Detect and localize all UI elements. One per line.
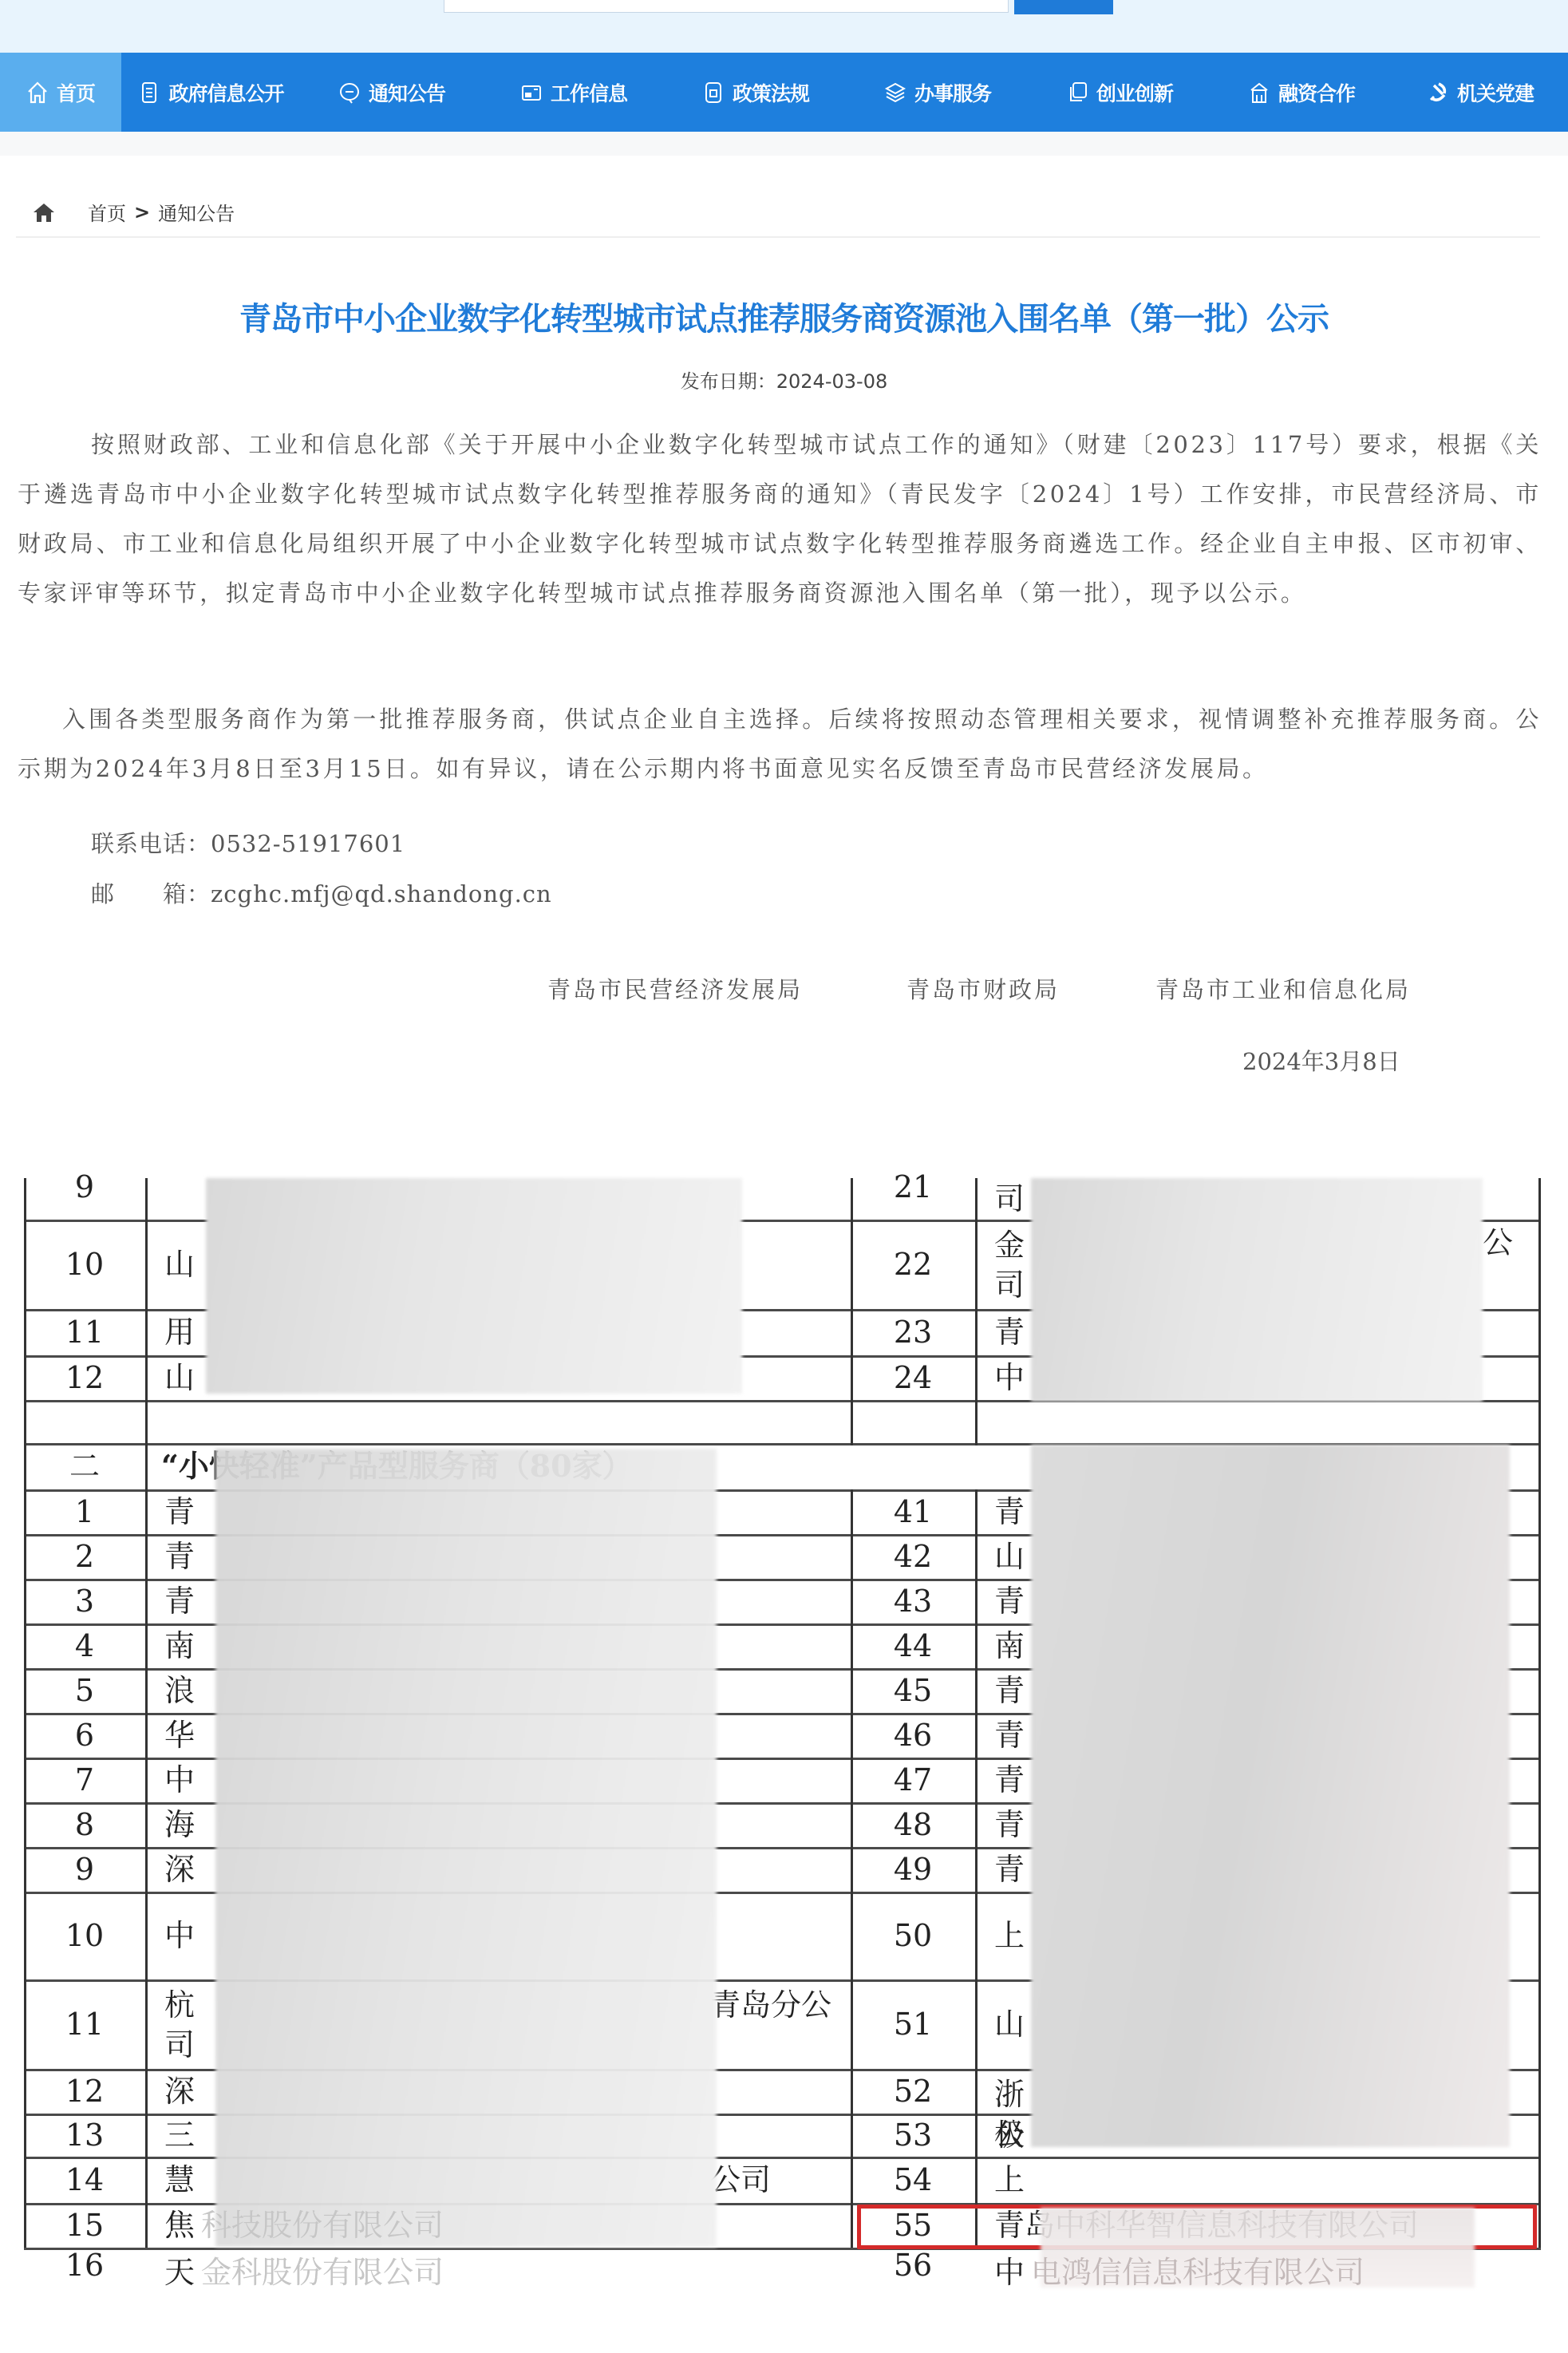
row-number: 9 [24,1154,145,1220]
chat-bubble-icon [338,80,361,105]
row-number: 14 [24,2157,145,2203]
copy-icon [1066,80,1088,105]
row-number: 5 [24,1668,145,1713]
section-number: 二 [24,1443,145,1489]
search-button[interactable] [1014,0,1113,14]
row-number: 42 [851,1534,975,1579]
redaction-blur [1031,1445,1510,2147]
company-name: 深 [164,2069,212,2114]
sign-date: 2024年3月8日 [1242,1044,1400,1077]
row-number: 54 [851,2157,975,2203]
company-name-tail: 青岛分公 [710,1986,854,2024]
company-name: 三 [164,2114,212,2157]
nav-item-gov-info[interactable]: 政府信息公开 [121,53,301,132]
row-number: 15 [24,2203,145,2248]
breadcrumb-separator: > [134,201,150,223]
row-number: 48 [851,1802,975,1847]
publish-date-value: 2024-03-08 [776,370,887,393]
table-column-border [1538,1178,1541,2248]
company-name-faded: 电鸿信信息科技有限公司 [1031,2248,1510,2292]
contact-phone: 联系电话：0532-51917601 [91,826,405,859]
publish-date-label: 发布日期： [681,370,776,393]
paragraph-2: 入围各类型服务商作为第一批推荐服务商，供试点企业自主选择。后续将按照动态管理相关… [18,694,1542,793]
redaction-blur [206,1178,742,1394]
row-number: 11 [24,1979,145,2069]
row-number: 41 [851,1489,975,1534]
row-number: 56 [851,2248,975,2283]
row-number: 47 [851,1758,975,1802]
row-number: 46 [851,1713,975,1758]
nav-item-party[interactable]: 机关党建 [1392,53,1568,132]
signer: 青岛市工业和信息化局 [1155,972,1411,1005]
row-number: 12 [24,2069,145,2114]
nav-label: 政策法规 [733,78,809,107]
row-number: 4 [24,1623,145,1668]
image-card-icon [520,80,543,105]
header-band [0,0,1568,53]
page-title: 青岛市中小企业数字化转型城市试点推荐服务商资源池入围名单（第一批）公示 [0,294,1568,339]
party-emblem-icon [1427,80,1449,105]
search-input[interactable] [444,0,1009,13]
contact-email: 邮 箱：zcghc.mfj@qd.shandong.cn [91,876,552,909]
company-name: 上 [994,2157,1042,2203]
row-number: 8 [24,1802,145,1847]
row-number: 23 [851,1309,975,1355]
company-name: 杭 [164,1986,212,2024]
row-number: 9 [24,1847,145,1892]
company-name: 青 [164,1579,212,1623]
row-number: 22 [851,1220,975,1309]
company-name: 青 [164,1534,212,1579]
row-number: 16 [24,2248,145,2283]
nav-label: 融资合作 [1278,78,1355,107]
redaction-blur [215,1449,717,2247]
company-name: 慧 [164,2157,212,2203]
company-name: 华 [164,1713,212,1758]
row-number: 6 [24,1713,145,1758]
layers-icon [884,80,906,105]
table-column-border [145,1178,148,2248]
home-icon [26,80,49,105]
breadcrumb: 首页 > 通知公告 [32,198,235,226]
nav-label: 首页 [57,78,95,107]
row-number: 7 [24,1758,145,1802]
file-icon [702,80,725,105]
page-background-strip [0,132,1568,156]
table-column-border [975,1178,978,2248]
row-number: 21 [851,1154,975,1220]
row-number: 24 [851,1355,975,1400]
company-name: 山 [164,1220,212,1309]
nav-label: 机关党建 [1457,78,1534,107]
signer: 青岛市财政局 [906,972,1060,1005]
nav-item-work-info[interactable]: 工作信息 [483,53,665,132]
nav-item-notices[interactable]: 通知公告 [301,53,483,132]
nav-item-services[interactable]: 办事服务 [847,53,1029,132]
row-number: 50 [851,1892,975,1979]
row-number: 44 [851,1623,975,1668]
company-name-tail: 公司 [710,2157,854,2203]
company-name: 青 [164,1489,212,1534]
company-name: 海 [164,1802,212,1847]
redaction-blur [1031,1178,1483,1402]
nav-item-home[interactable]: 首页 [0,53,121,132]
nav-label: 工作信息 [551,78,627,107]
row-number: 12 [24,1355,145,1400]
nav-label: 通知公告 [369,78,445,107]
row-number: 49 [851,1847,975,1892]
nav-item-innovation[interactable]: 创业创新 [1029,53,1211,132]
paragraph-1: 按照财政部、工业和信息化部《关于开展中小企业数字化转型城市试点工作的通知》（财建… [18,420,1542,618]
company-name: 深 [164,1847,212,1892]
nav-label: 创业创新 [1096,78,1173,107]
row-number: 3 [24,1579,145,1623]
nav-item-policies[interactable]: 政策法规 [665,53,847,132]
row-number: 11 [24,1309,145,1355]
row-number: 51 [851,1979,975,2069]
row-number: 13 [24,2114,145,2157]
company-name: 山 [164,1355,212,1400]
company-name: 中 [164,1758,212,1802]
nav-label: 政府信息公开 [168,78,283,107]
company-name: 中 [164,1892,212,1979]
row-number: 52 [851,2069,975,2114]
row-number: 10 [24,1892,145,1979]
nav-item-financing[interactable]: 融资合作 [1211,53,1392,132]
publish-date: 发布日期：2024-03-08 [0,366,1568,393]
row-number: 1 [24,1489,145,1534]
main-nav: 首页 政府信息公开 通知公告 工作信息 政策法规 办事服务 创业创新 融资合作 … [0,53,1568,132]
document-icon [138,80,160,105]
divider [16,236,1540,238]
company-name-tail: 公 [1483,1223,1530,1263]
company-name: 南 [164,1623,212,1668]
company-name: 司 [164,2026,212,2064]
row-number: 43 [851,1579,975,1623]
company-name-faded: 科技股份有限公司 [201,2203,680,2248]
row-number: 45 [851,1668,975,1713]
nav-label: 办事服务 [914,78,991,107]
home-icon[interactable] [32,201,56,223]
breadcrumb-home[interactable]: 首页 [88,198,126,226]
signer: 青岛市民营经济发展局 [547,972,803,1005]
row-number: 10 [24,1220,145,1309]
row-number: 2 [24,1534,145,1579]
company-name: 用 [164,1309,212,1355]
breadcrumb-current[interactable]: 通知公告 [158,198,235,226]
company-name: 浪 [164,1668,212,1713]
building-icon [1248,80,1270,105]
company-name-faded: 金科股份有限公司 [201,2248,680,2292]
row-number: 53 [851,2114,975,2157]
